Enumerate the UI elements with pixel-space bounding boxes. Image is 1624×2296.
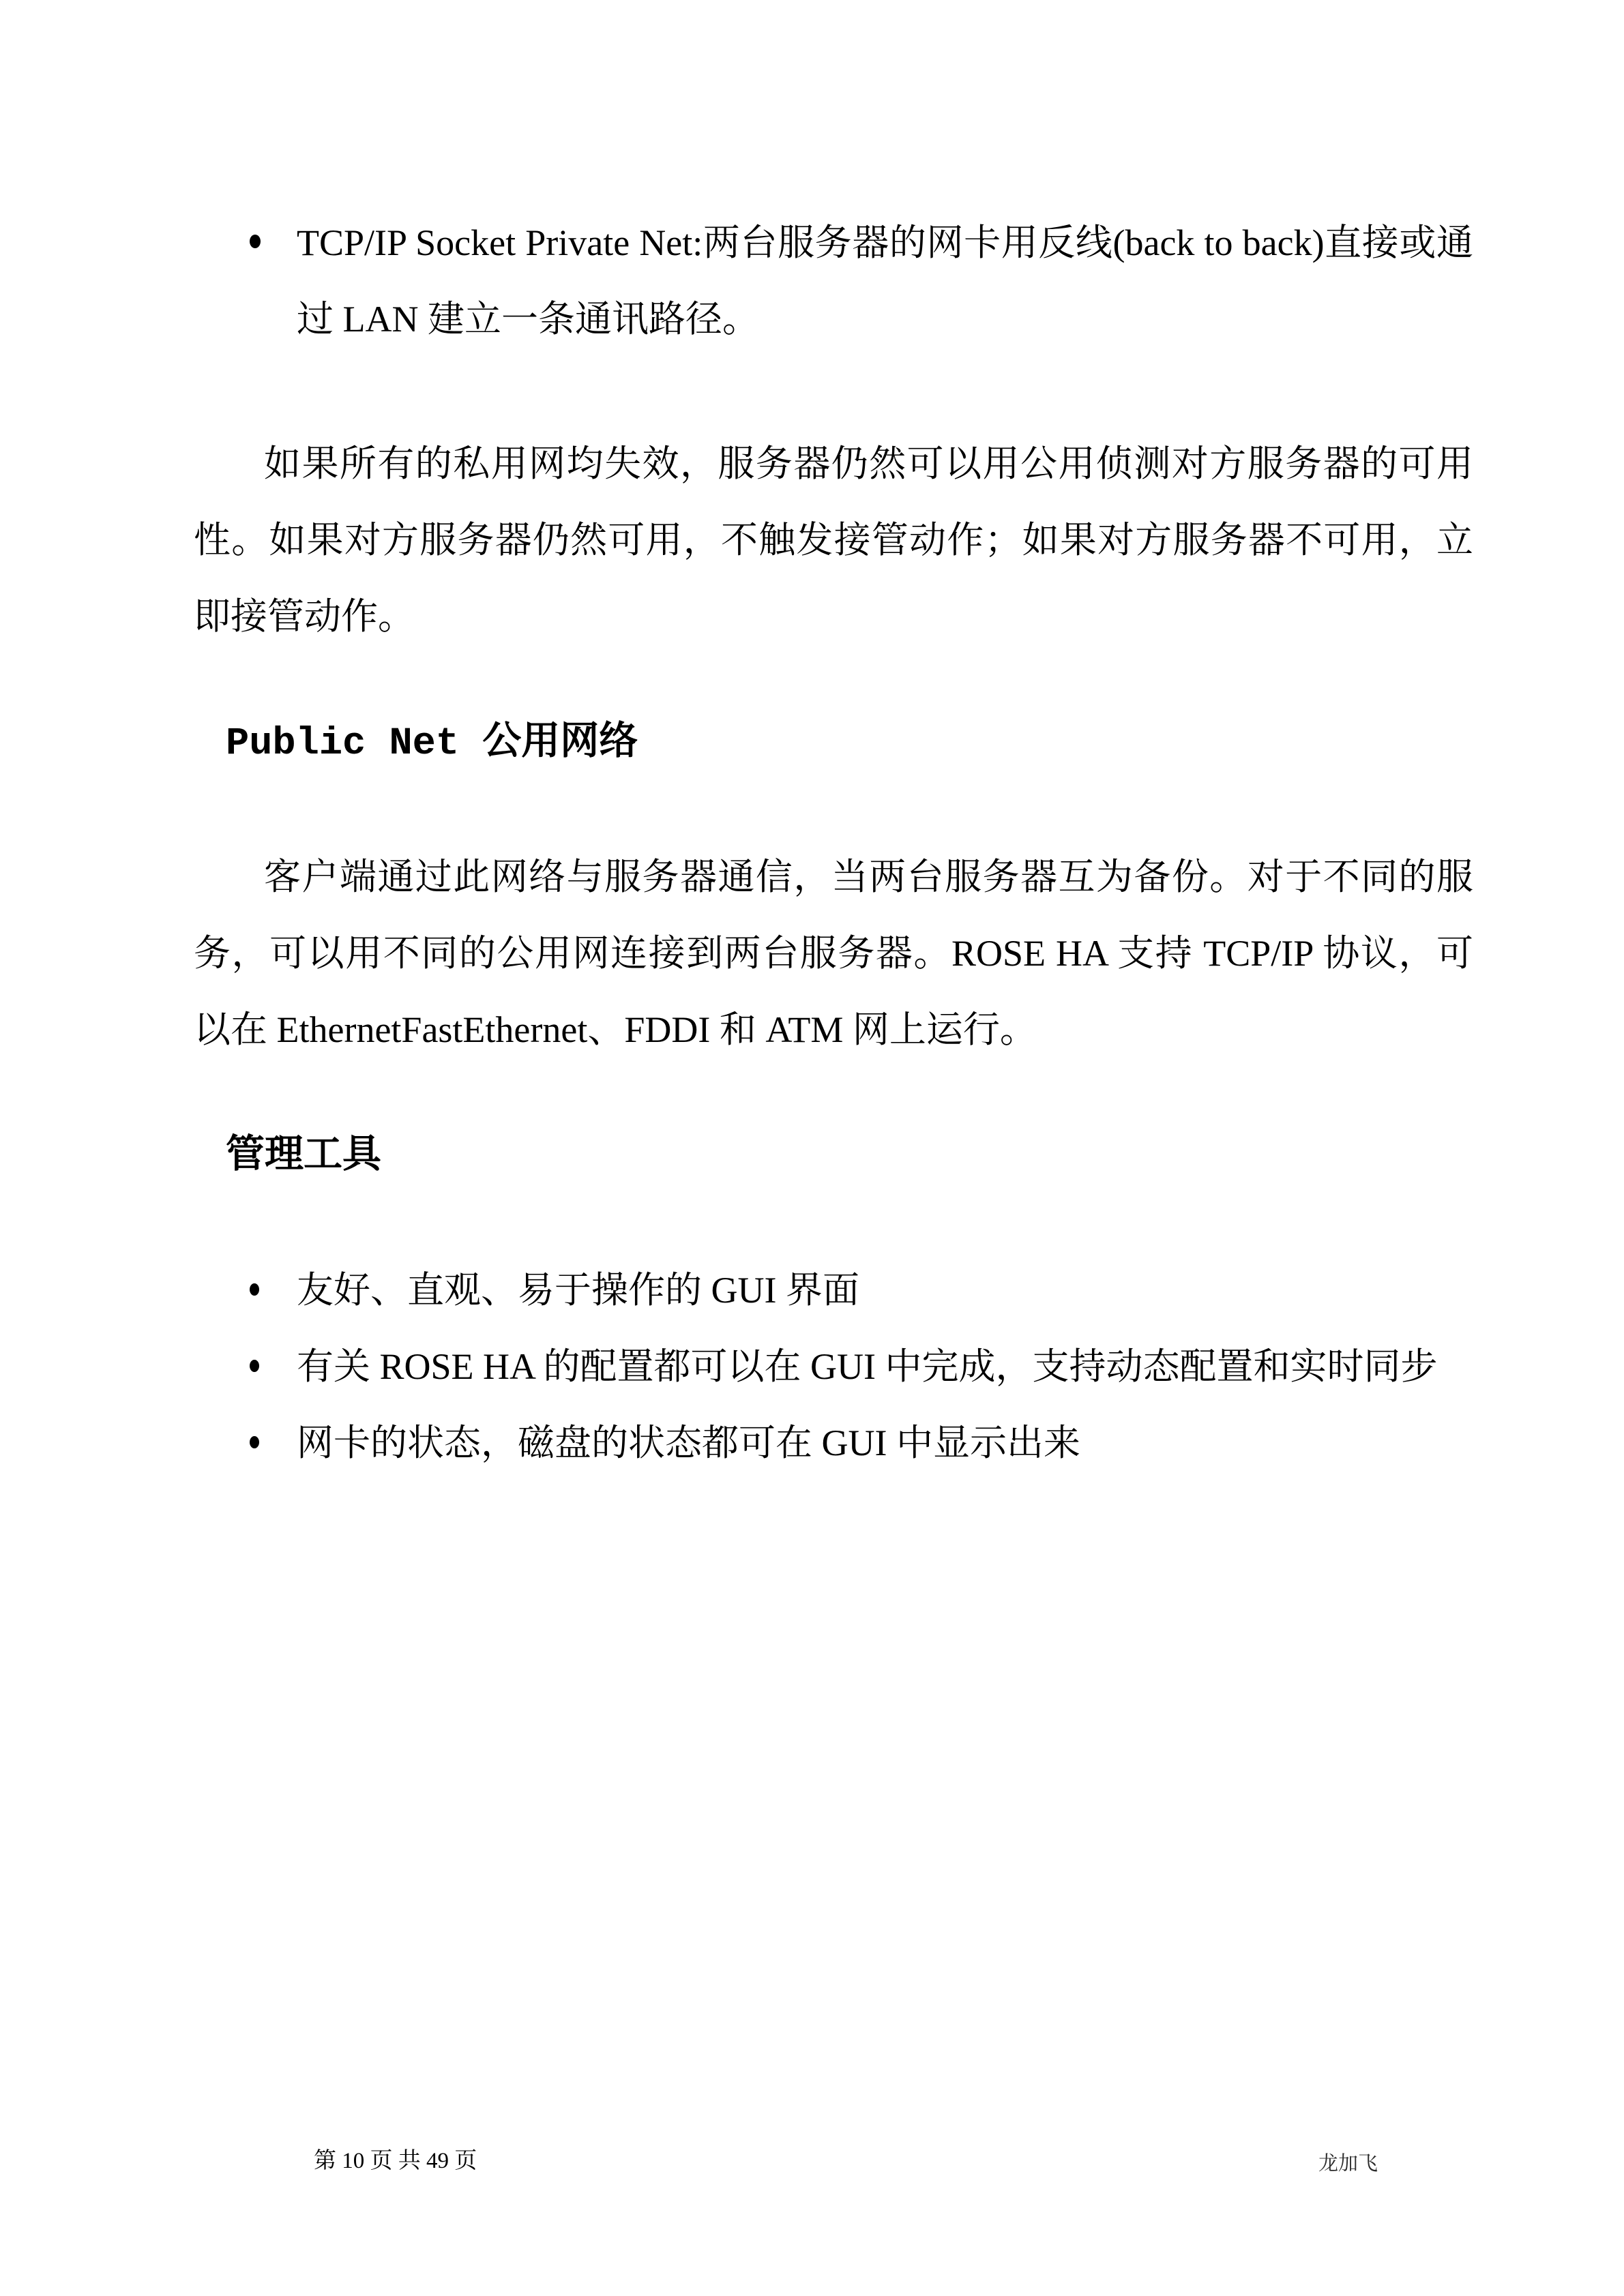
paragraph-failover: 如果所有的私用网均失效，服务器仍然可以用公用侦测对方服务器的可用性。如果对方服务… <box>194 426 1473 655</box>
list-item-text: 友好、直观、易于操作的 GUI 界面 <box>297 1270 859 1311</box>
paragraph-public-net: 客户端通过此网络与服务器通信，当两台服务器互为备份。对于不同的服务，可以用不同的… <box>194 839 1473 1068</box>
list-item-text: 网卡的状态，磁盘的状态都可在 GUI 中显示出来 <box>297 1422 1080 1463</box>
list-item-text: TCP/IP Socket Private Net:两台服务器的网卡用反线(ba… <box>297 222 1473 340</box>
bullet-icon <box>250 1436 259 1448</box>
document-page: TCP/IP Socket Private Net:两台服务器的网卡用反线(ba… <box>0 0 1624 2296</box>
heading-public-net: Public Net 公用网络 <box>226 719 1473 769</box>
list-item: 友好、直观、易于操作的 GUI 界面 <box>194 1252 1473 1328</box>
footer-page-number: 第 10 页 共 49 页 <box>314 2147 477 2175</box>
list-item-private-net: TCP/IP Socket Private Net:两台服务器的网卡用反线(ba… <box>194 205 1473 357</box>
list-item: 有关 ROSE HA 的配置都可以在 GUI 中完成，支持动态配置和实时同步 <box>194 1328 1473 1405</box>
footer-author: 龙加飞 <box>1318 2149 1378 2178</box>
management-tools-list: 友好、直观、易于操作的 GUI 界面 有关 ROSE HA 的配置都可以在 GU… <box>194 1252 1473 1481</box>
heading-management-tools: 管理工具 <box>226 1129 1473 1178</box>
page-footer: 第 10 页 共 49 页 龙加飞 <box>0 2147 1624 2181</box>
list-item-text: 有关 ROSE HA 的配置都可以在 GUI 中完成，支持动态配置和实时同步 <box>297 1346 1438 1387</box>
document-content: TCP/IP Socket Private Net:两台服务器的网卡用反线(ba… <box>194 205 1473 1481</box>
bullet-icon <box>250 235 261 248</box>
bullet-icon <box>250 1283 259 1296</box>
bullet-icon <box>250 1360 259 1372</box>
list-item: 网卡的状态，磁盘的状态都可在 GUI 中显示出来 <box>194 1405 1473 1481</box>
